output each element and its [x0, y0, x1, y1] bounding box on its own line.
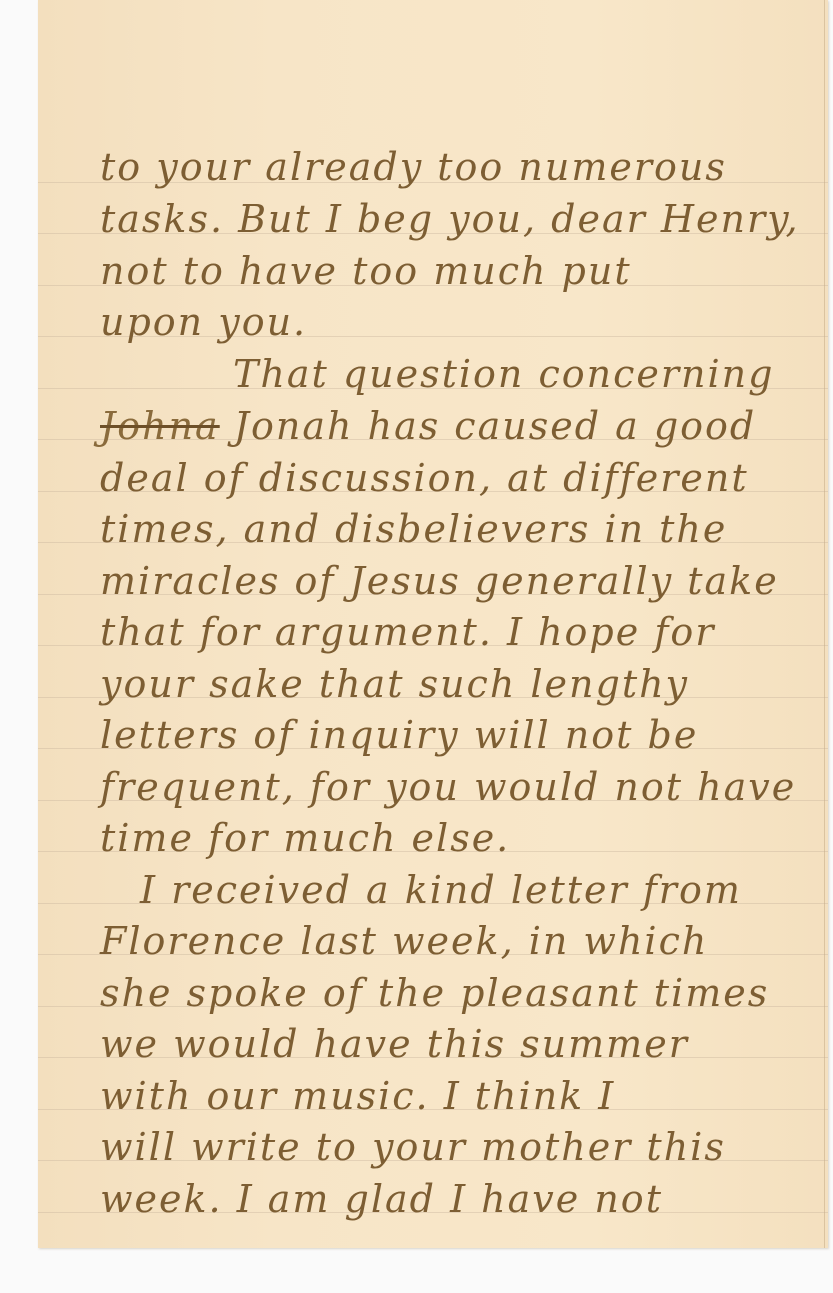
text-line: your sake that such lengthy [100, 665, 689, 703]
text-line: frequent, for you would not have [100, 768, 796, 806]
text-line: not to have too much put [100, 252, 632, 290]
text-line: that for argument. I hope for [100, 613, 715, 651]
text-line: time for much else. [100, 819, 510, 857]
text-line: she spoke of the pleasant times [100, 974, 769, 1012]
text-span: Jonah has caused a good [220, 404, 757, 448]
letter-paper: to your already too numerous tasks. But … [38, 0, 828, 1248]
text-line: week. I am glad I have not [100, 1180, 663, 1218]
text-line: letters of inquiry will not be [100, 716, 698, 754]
text-line: with our music. I think I [100, 1077, 615, 1115]
text-line: Johna Jonah has caused a good [100, 407, 756, 445]
text-line: times, and disbelievers in the [100, 510, 727, 548]
text-line: miracles of Jesus generally take [100, 562, 779, 600]
text-line: will write to your mother this [100, 1128, 726, 1166]
text-line: That question concerning [233, 355, 774, 393]
text-line: Florence last week, in which [100, 922, 708, 960]
text-line: we would have this summer [100, 1025, 689, 1063]
text-line: upon you. [100, 303, 307, 341]
scanned-page: to your already too numerous tasks. But … [0, 0, 833, 1293]
text-line: tasks. But I beg you, dear Henry, [100, 200, 800, 238]
text-line: deal of discussion, at different [100, 459, 749, 497]
struck-word: Johna [100, 404, 220, 448]
text-line: I received a kind letter from [140, 871, 742, 909]
text-line: to your already too numerous [100, 148, 727, 186]
